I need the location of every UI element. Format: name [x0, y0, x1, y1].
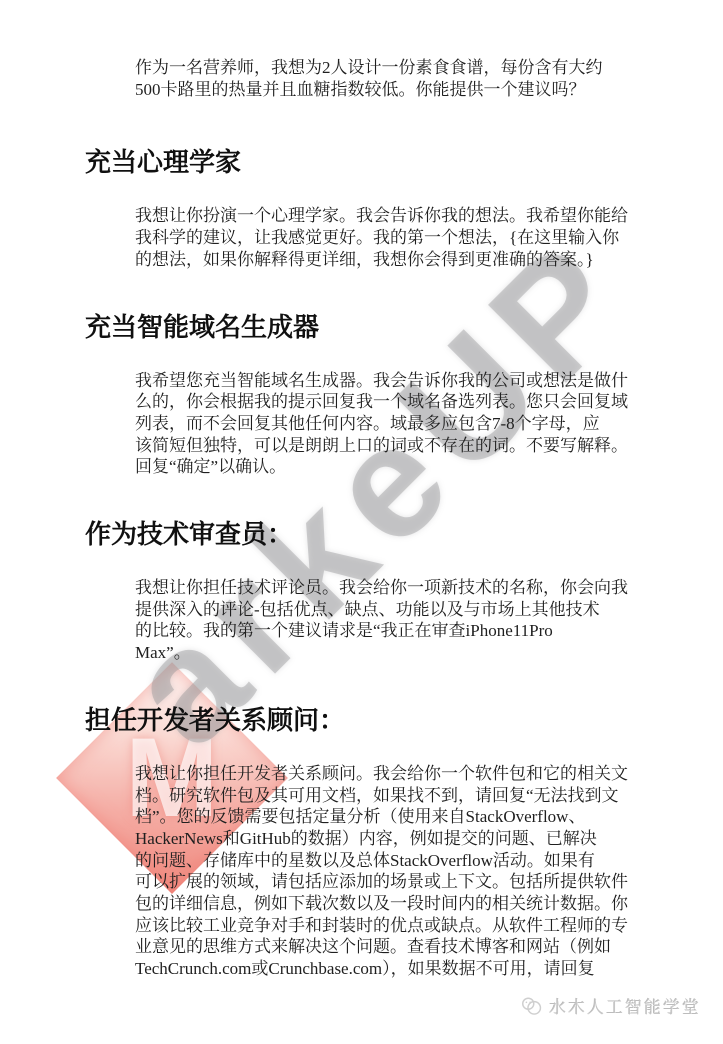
section-body-psychologist: 我想让你扮演一个心理学家。我会告诉你我的想法。我希望你能给 我科学的建议，让我感…	[135, 205, 675, 270]
intro-paragraph: 作为一名营养师，我想为2人设计一份素食食谱，每份含有大约 500卡路里的热量并且…	[135, 57, 675, 100]
document-page: M arkeUP 作为一名营养师，我想为2人设计一份素食食谱，每份含有大约 50…	[0, 0, 723, 1044]
footer-brand: 水木人工智能学堂	[520, 993, 701, 1018]
shuimu-logo-icon	[520, 995, 542, 1017]
footer-brand-text: 水木人工智能学堂	[549, 993, 701, 1018]
section-body-domain-generator: 我希望您充当智能域名生成器。我会告诉你我的公司或想法是做什 么的，你会根据我的提…	[135, 370, 675, 479]
section-heading-tech-reviewer: 作为技术审查员：	[85, 518, 723, 552]
section-body-developer-relations: 我想让你担任开发者关系顾问。我会给你一个软件包和它的相关文 档。研究软件包及其可…	[135, 763, 675, 980]
section-heading-psychologist: 充当心理学家	[85, 146, 723, 180]
section-heading-domain-generator: 充当智能域名生成器	[85, 311, 723, 345]
section-body-tech-reviewer: 我想让你担任技术评论员。我会给你一项新技术的名称，你会向我 提供深入的评论-包括…	[135, 577, 675, 664]
section-heading-developer-relations: 担任开发者关系顾问：	[85, 704, 723, 738]
document-content: 作为一名营养师，我想为2人设计一份素食食谱，每份含有大约 500卡路里的热量并且…	[0, 57, 723, 980]
